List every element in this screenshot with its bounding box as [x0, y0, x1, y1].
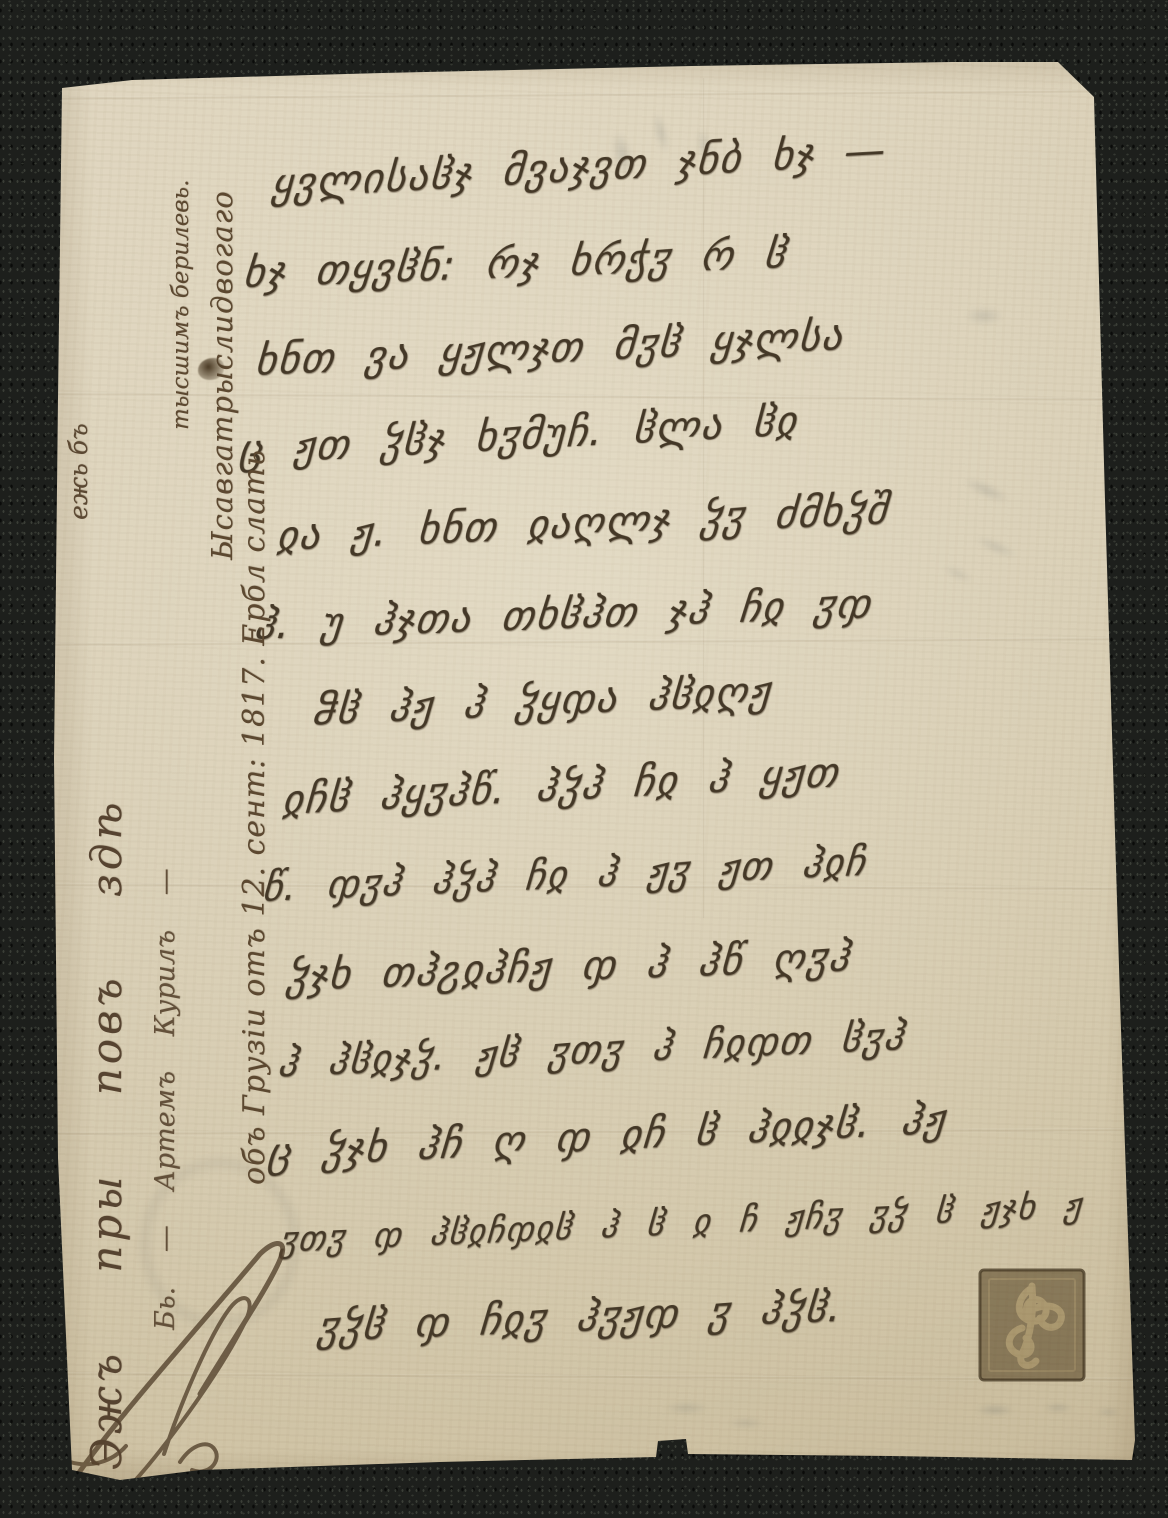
margin-note-rotated: ежь бъ: [64, 296, 93, 520]
margin-note-rotated: тысшимъ берилевь.: [168, 180, 194, 430]
ghost-bleed-mark: [950, 1388, 1130, 1432]
margin-note-rotated: Бь. — Артемъ Курилъ —: [150, 540, 181, 1330]
ink-stamp-seal: [976, 1266, 1088, 1384]
signature-flourish: [60, 1224, 310, 1494]
manuscript-paper-sheet: ყვლისაჱჯ მვაჯვთ ჯნბ ხჯ — ხჯ თყვჱნ: რჯ ხრ…: [52, 58, 1142, 1484]
ghost-bleed-mark: [627, 1384, 797, 1444]
margin-note-rotated: Ысавгатрыслидвогаго: [205, 100, 239, 560]
scan-background: { "page": { "kind": "scanned handwritten…: [0, 0, 1168, 1518]
archival-date-note-rotated: объ Грузіи отъ 12. сент: 1817. Ербл слат…: [237, 425, 272, 1185]
letter-body-text: ყვლისაჱჯ მვაჯვთ ჯნბ ხჯ — ხჯ თყვჱნ: რჯ ხრ…: [224, 103, 1161, 1372]
